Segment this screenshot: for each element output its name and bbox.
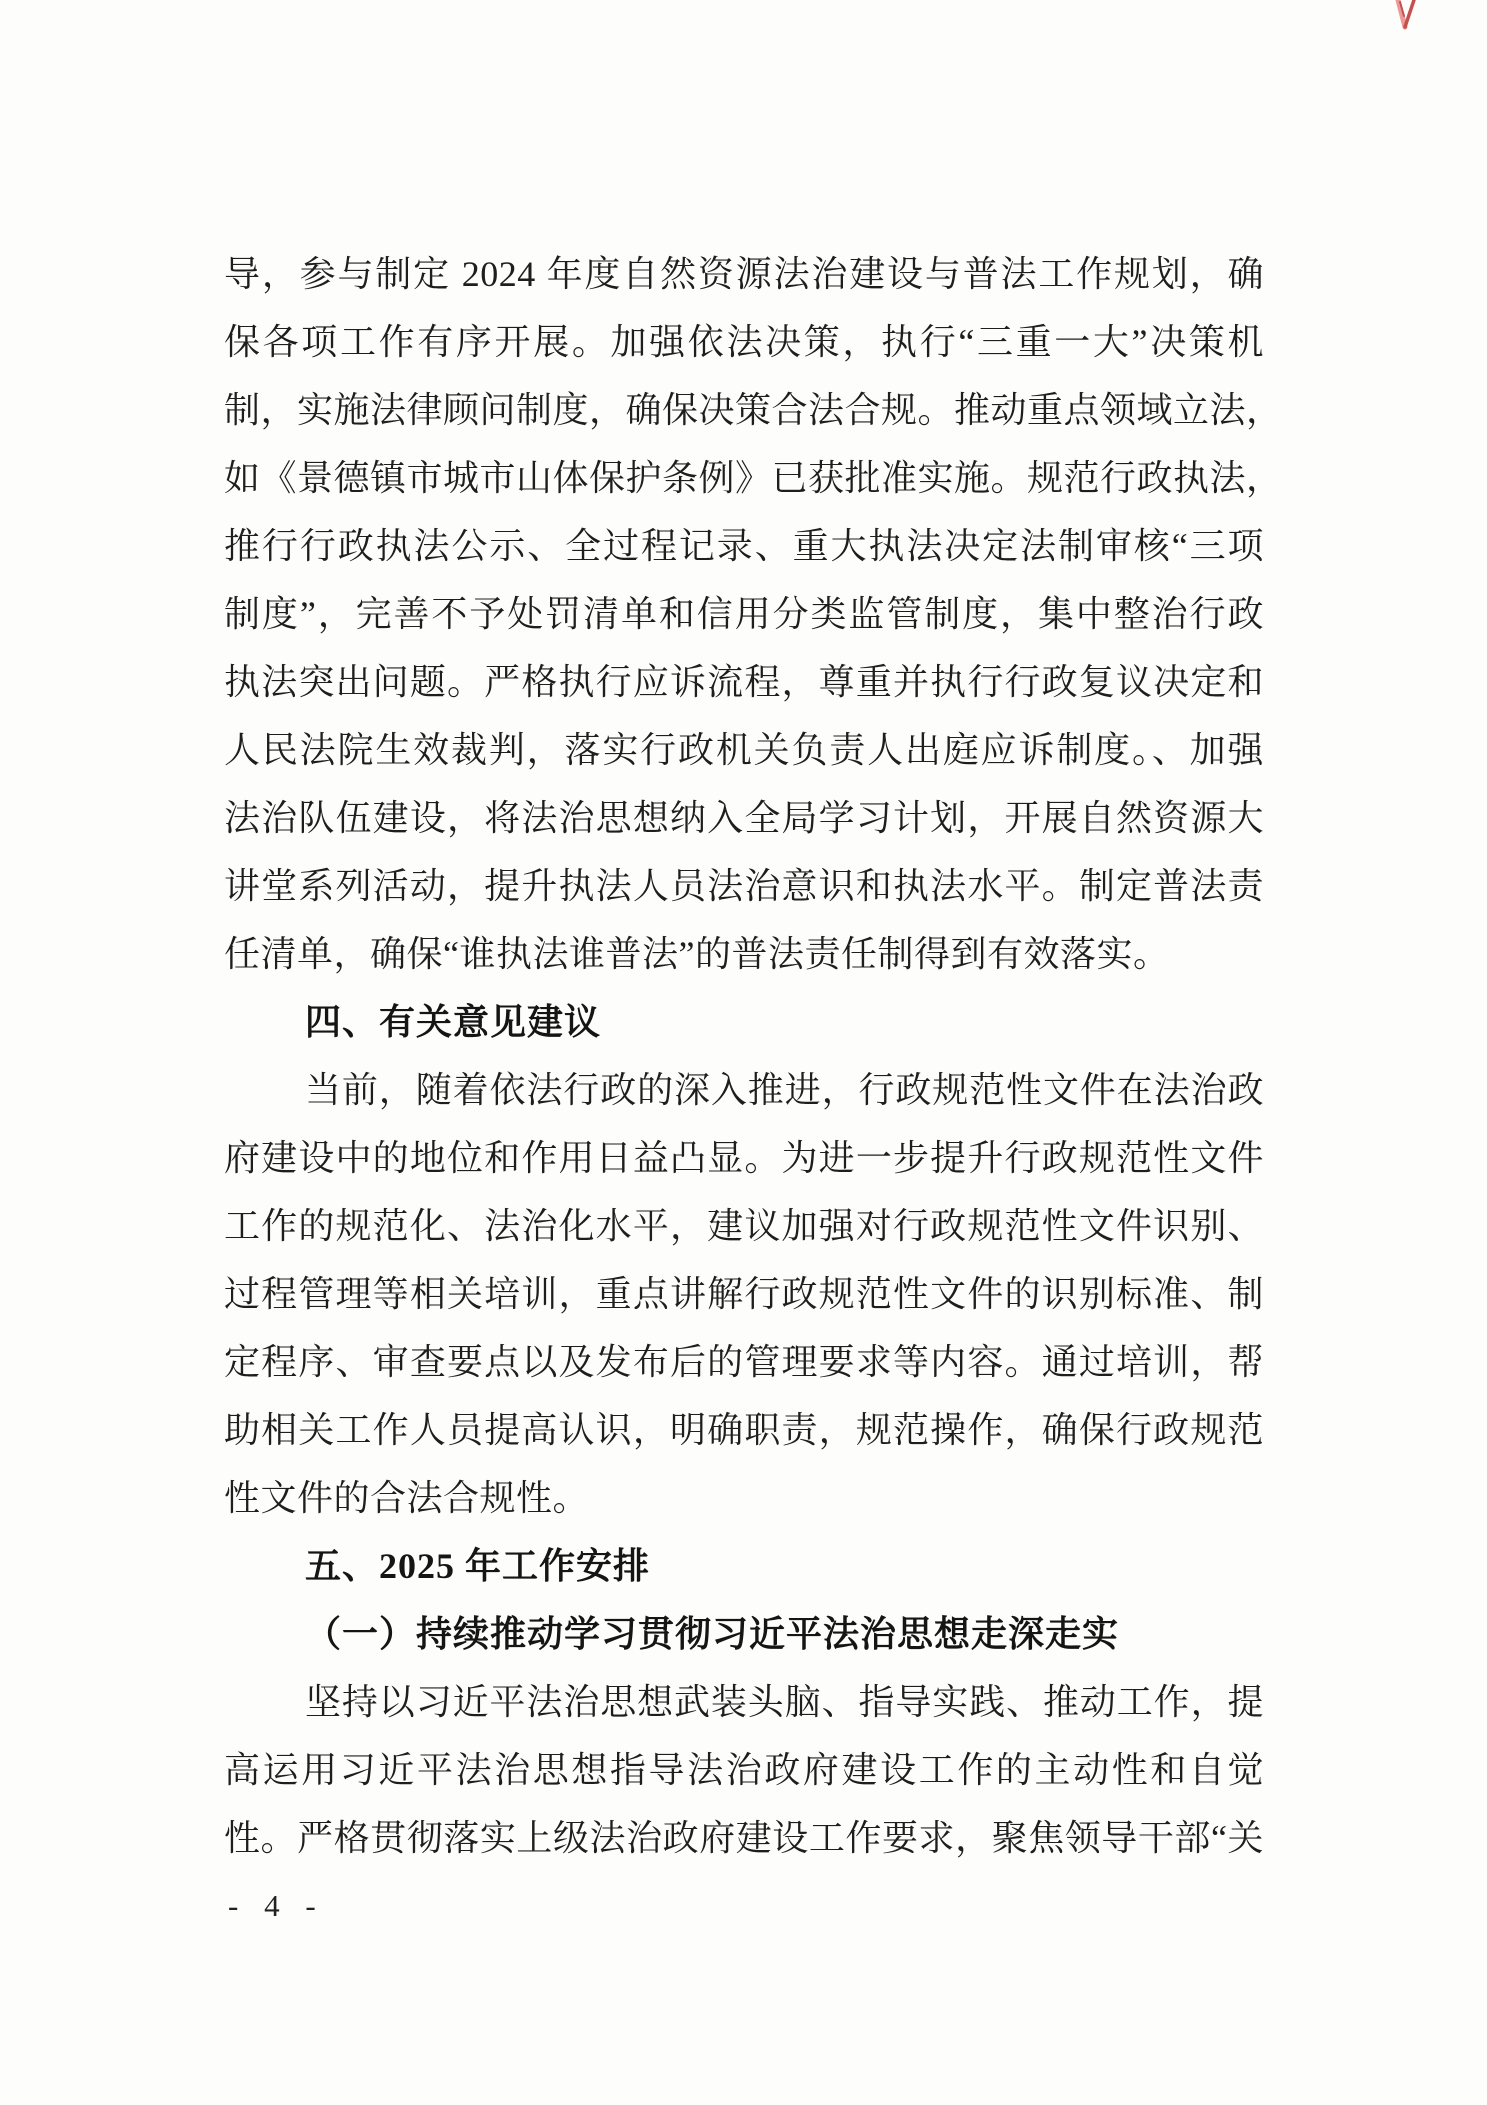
paragraph-line: 人民法院生效裁判，落实行政机关负责人出庭应诉制度。、加强 (224, 716, 1264, 784)
paragraph-line: 任清单，确保“谁执法谁普法”的普法责任制得到有效落实。 (224, 920, 1264, 988)
paragraph-line: 当前，随着依法行政的深入推进，行政规范性文件在法治政 (224, 1056, 1264, 1124)
red-pen-mark-icon (1390, 0, 1430, 36)
paragraph-line: 导，参与制定 2024 年度自然资源法治建设与普法工作规划，确 (224, 240, 1264, 308)
paragraph-line: 助相关工作人员提高认识，明确职责，规范操作，确保行政规范 (224, 1396, 1264, 1464)
paragraph-line: 定程序、审查要点以及发布后的管理要求等内容。通过培训，帮 (224, 1328, 1264, 1396)
subsection-heading-5-1: （一）持续推动学习贯彻习近平法治思想走深走实 (224, 1600, 1264, 1668)
paragraph-line: 性文件的合法合规性。 (224, 1464, 1264, 1532)
paragraph-line: 性。严格贯彻落实上级法治政府建设工作要求，聚焦领导干部“关 (224, 1804, 1264, 1872)
document-page: 导，参与制定 2024 年度自然资源法治建设与普法工作规划，确 保各项工作有序开… (0, 0, 1487, 2105)
document-body: 导，参与制定 2024 年度自然资源法治建设与普法工作规划，确 保各项工作有序开… (224, 240, 1264, 1872)
paragraph-line: 工作的规范化、法治化水平，建议加强对行政规范性文件识别、 (224, 1192, 1264, 1260)
paragraph-line: 如《景德镇市城市山体保护条例》已获批准实施。规范行政执法， (224, 444, 1264, 512)
paragraph-line: 高运用习近平法治思想指导法治政府建设工作的主动性和自觉 (224, 1736, 1264, 1804)
paragraph-line: 过程管理等相关培训，重点讲解行政规范性文件的识别标准、制 (224, 1260, 1264, 1328)
paragraph-line: 法治队伍建设，将法治思想纳入全局学习计划，开展自然资源大 (224, 784, 1264, 852)
section-heading-4: 四、有关意见建议 (224, 988, 1264, 1056)
section-heading-5: 五、2025 年工作安排 (224, 1532, 1264, 1600)
paragraph-line: 制，实施法律顾问制度，确保决策合法合规。推动重点领域立法， (224, 376, 1264, 444)
page-number: - 4 - (228, 1886, 325, 1926)
paragraph-line: 执法突出问题。严格执行应诉流程，尊重并执行行政复议决定和 (224, 648, 1264, 716)
paragraph-line: 制度”，完善不予处罚清单和信用分类监管制度，集中整治行政 (224, 580, 1264, 648)
paragraph-line: 保各项工作有序开展。加强依法决策，执行“三重一大”决策机 (224, 308, 1264, 376)
paragraph-line: 坚持以习近平法治思想武装头脑、指导实践、推动工作，提 (224, 1668, 1264, 1736)
paragraph-line: 讲堂系列活动，提升执法人员法治意识和执法水平。制定普法责 (224, 852, 1264, 920)
paragraph-line: 府建设中的地位和作用日益凸显。为进一步提升行政规范性文件 (224, 1124, 1264, 1192)
paragraph-line: 推行行政执法公示、全过程记录、重大执法决定法制审核“三项 (224, 512, 1264, 580)
